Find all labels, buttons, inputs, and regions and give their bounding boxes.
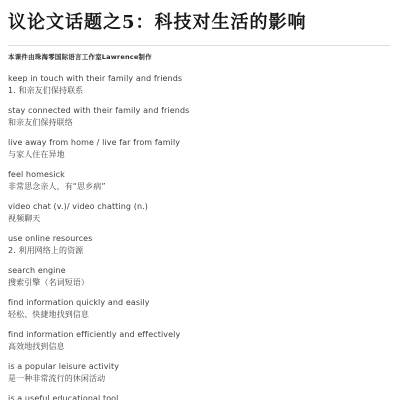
vocab-item-chinese: 搜索引擎（名词短语）	[8, 277, 390, 289]
vocab-item-english: keep in touch with their family and frie…	[8, 73, 390, 85]
vocab-item-english: is a popular leisure activity	[8, 361, 390, 373]
vocab-item: keep in touch with their family and frie…	[8, 73, 390, 97]
vocab-item-english: use online resources	[8, 233, 390, 245]
vocab-item-english: find information quickly and easily	[8, 297, 390, 309]
vocab-item: find information quickly and easily 轻松、快…	[8, 297, 390, 321]
title-divider	[8, 45, 390, 46]
vocab-item: live away from home / live far from fami…	[8, 137, 390, 161]
vocab-item: video chat (v.)/ video chatting (n.) 视频聊…	[8, 201, 390, 225]
document-page: 议论文话题之5：科技对生活的影响 本课件由珠海零国际语言工作室Lawrence制…	[0, 0, 400, 400]
vocab-item: use online resources 2. 利用网络上的资源	[8, 233, 390, 257]
vocab-item-chinese: 高效地找到信息	[8, 341, 390, 353]
vocab-item-chinese: 是一种非常流行的休闲活动	[8, 373, 390, 385]
vocab-item: feel homesick 非常思念亲人，有“思乡病”	[8, 169, 390, 193]
vocab-item-english: search engine	[8, 265, 390, 277]
vocab-item-chinese: 和亲友们保持联络	[8, 117, 390, 129]
vocab-item-english: find information efficiently and effecti…	[8, 329, 390, 341]
vocab-item: find information efficiently and effecti…	[8, 329, 390, 353]
vocab-item-chinese: 2. 利用网络上的资源	[8, 245, 390, 257]
vocab-item: is a useful educational tool	[8, 393, 390, 400]
vocab-item-english: video chat (v.)/ video chatting (n.)	[8, 201, 390, 213]
page-title: 议论文话题之5：科技对生活的影响	[8, 12, 390, 34]
vocab-item-english: is a useful educational tool	[8, 393, 390, 400]
vocab-item-english: stay connected with their family and fri…	[8, 105, 390, 117]
vocab-item-english: feel homesick	[8, 169, 390, 181]
credit-line: 本课件由珠海零国际语言工作室Lawrence制作	[8, 53, 390, 61]
vocab-item: stay connected with their family and fri…	[8, 105, 390, 129]
vocab-item: is a popular leisure activity 是一种非常流行的休闲…	[8, 361, 390, 385]
vocab-item-chinese: 1. 和亲友们保持联系	[8, 85, 390, 97]
vocab-item-chinese: 与家人住在异地	[8, 149, 390, 161]
vocab-item-chinese: 轻松、快捷地找到信息	[8, 309, 390, 321]
vocab-item: search engine 搜索引擎（名词短语）	[8, 265, 390, 289]
vocab-list: keep in touch with their family and frie…	[8, 73, 390, 400]
vocab-item-chinese: 视频聊天	[8, 213, 390, 225]
vocab-item-english: live away from home / live far from fami…	[8, 137, 390, 149]
vocab-item-chinese: 非常思念亲人，有“思乡病”	[8, 181, 390, 193]
